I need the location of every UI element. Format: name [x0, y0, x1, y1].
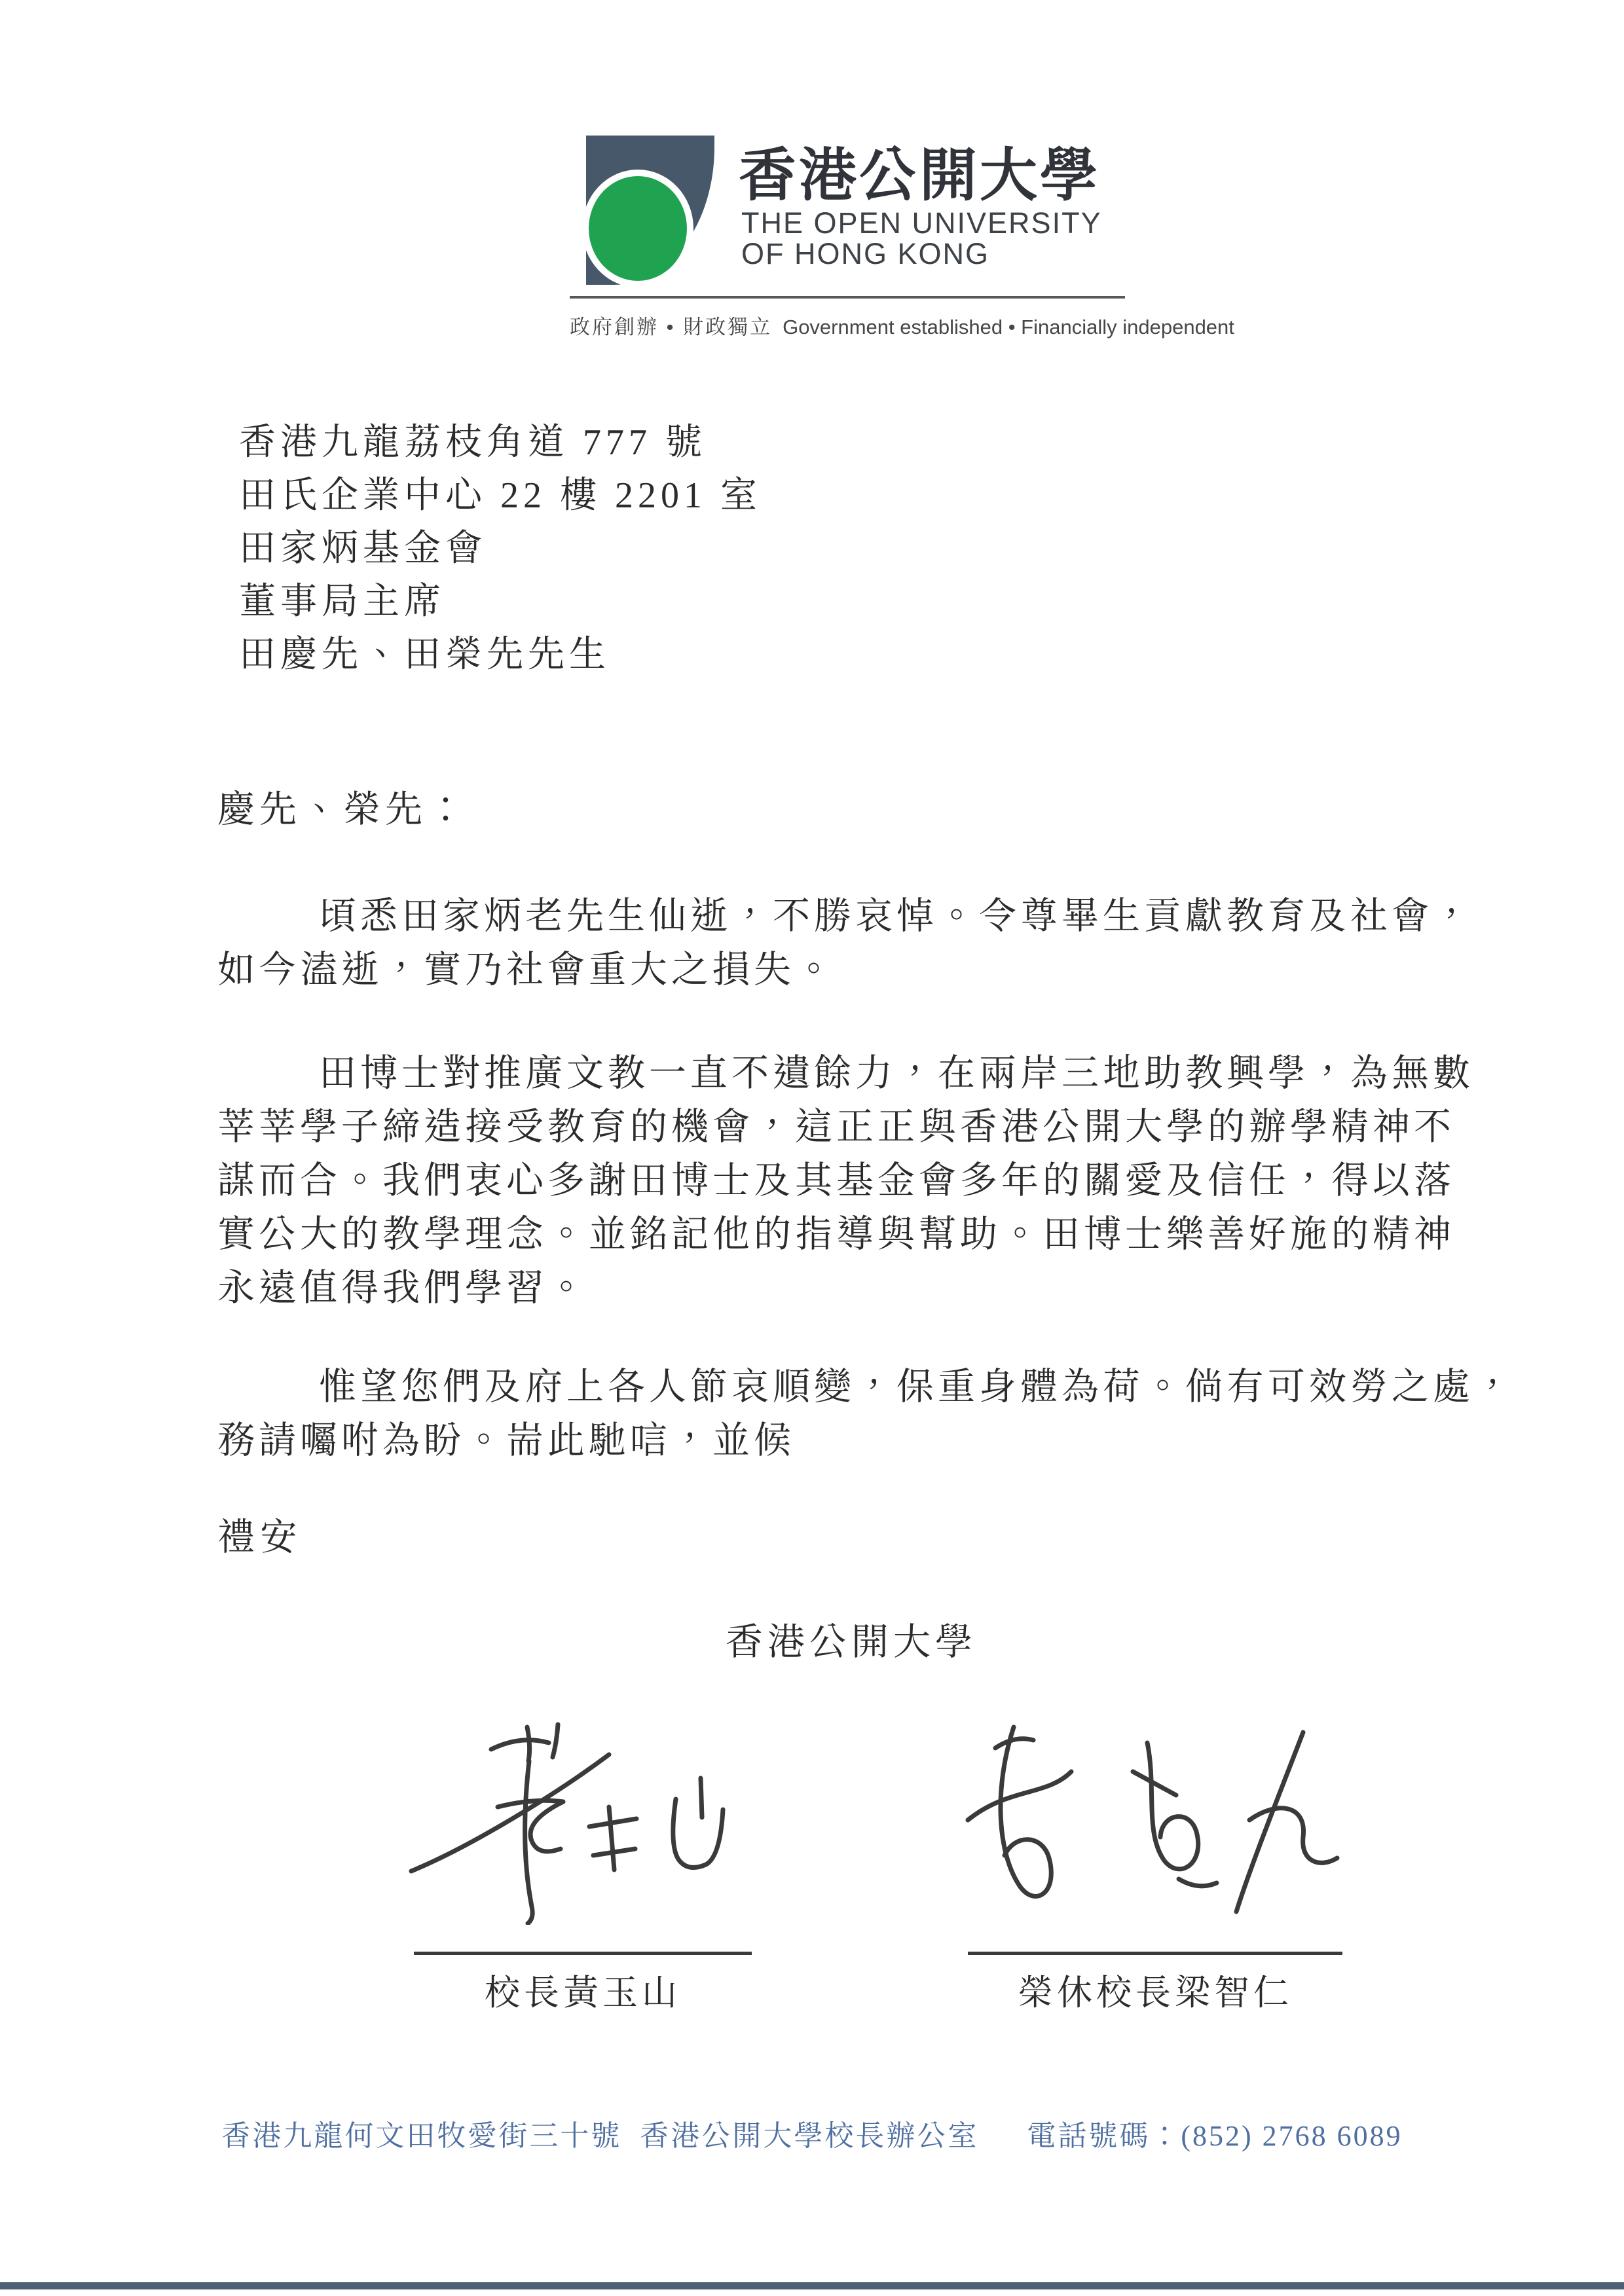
address-line: 田慶先、田榮先先生	[239, 629, 762, 682]
signing-organization: 香港公開大學	[655, 1616, 1048, 1669]
body-line: 謀而合。我們衷心多謝田博士及其基金會多年的關愛及信任，得以落	[217, 1154, 1474, 1208]
signature-line-left	[414, 1952, 752, 1955]
signature-wong-yuk-shan	[393, 1715, 760, 1925]
footer-office-address: 香港九龍何文田牧愛街三十號	[221, 2112, 621, 2154]
paragraph-1: 頃悉田家炳老先生仙逝，不勝哀悼。令尊畢生貢獻教育及社會， 如今溘逝，實乃社會重大…	[217, 890, 1474, 997]
ouhk-logo-mark-icon	[586, 136, 714, 286]
body-line: 頃悉田家炳老先生仙逝，不勝哀悼。令尊畢生貢獻教育及社會，	[217, 890, 1474, 943]
logo-green-globe	[589, 176, 687, 281]
address-line: 董事局主席	[239, 575, 762, 629]
signature-line-right	[968, 1952, 1342, 1955]
signatory-title-right: 榮休校長梁智仁	[968, 1969, 1342, 2016]
footer-phone-number: (852) 2768 6089	[1181, 2119, 1402, 2153]
body-line: 田博士對推廣文教一直不遺餘力，在兩岸三地助教興學，為無數	[217, 1047, 1474, 1101]
signature-leung-chi-yan	[936, 1709, 1342, 1931]
address-line: 香港九龍荔枝角道 777 號	[239, 416, 762, 469]
university-name-english-line2: OF HONG KONG	[741, 237, 1134, 271]
tagline-english: Government established • Financially ind…	[783, 316, 1234, 339]
footer-phone-label: 電話號碼：	[1027, 2112, 1181, 2154]
body-line: 莘莘學子締造接受教育的機會，這正正與香港公開大學的辦學精神不	[217, 1101, 1474, 1154]
footer-contact: 香港九龍何文田牧愛街三十號 香港公開大學校長辦公室 電話號碼： (852) 27…	[0, 2112, 1624, 2154]
closing-phrase: 禮安	[217, 1511, 303, 1565]
address-line: 田家炳基金會	[239, 522, 762, 575]
body-line: 務請囑咐為盼。耑此馳唁，並候	[217, 1414, 1515, 1468]
scan-edge-artifact	[0, 2282, 1624, 2289]
paragraph-3: 惟望您們及府上各人節哀順變，保重身體為荷。倘有可效勞之處， 務請囑咐為盼。耑此馳…	[217, 1360, 1515, 1468]
body-line: 永遠值得我們學習。	[217, 1262, 1474, 1315]
university-name-english-line1: THE OPEN UNIVERSITY	[741, 206, 1134, 240]
address-line: 田氏企業中心 22 樓 2201 室	[239, 469, 762, 522]
body-line: 惟望您們及府上各人節哀順變，保重身體為荷。倘有可效勞之處，	[217, 1360, 1515, 1414]
footer-office-name: 香港公開大學校長辦公室	[640, 2112, 978, 2154]
salutation: 慶先、榮先：	[217, 783, 469, 837]
body-line: 如今溘逝，實乃社會重大之損失。	[217, 943, 1474, 997]
university-name-chinese: 香港公開大學	[739, 130, 1105, 212]
letterhead-tagline: 政府創辦 • 財政獨立 Government established • Fin…	[570, 310, 1159, 340]
letter-page: 香港公開大學 THE OPEN UNIVERSITY OF HONG KONG …	[0, 0, 1624, 2296]
paragraph-2: 田博士對推廣文教一直不遺餘力，在兩岸三地助教興學，為無數 莘莘學子締造接受教育的…	[217, 1047, 1474, 1315]
letterhead-divider	[570, 296, 1125, 299]
tagline-chinese: 政府創辦 • 財政獨立	[570, 310, 772, 340]
body-line: 實公大的教學理念。並銘記他的指導與幫助。田博士樂善好施的精神	[217, 1208, 1474, 1262]
signatory-title-left: 校長黃玉山	[414, 1969, 752, 2016]
recipient-address-block: 香港九龍荔枝角道 777 號 田氏企業中心 22 樓 2201 室 田家炳基金會…	[239, 416, 762, 682]
